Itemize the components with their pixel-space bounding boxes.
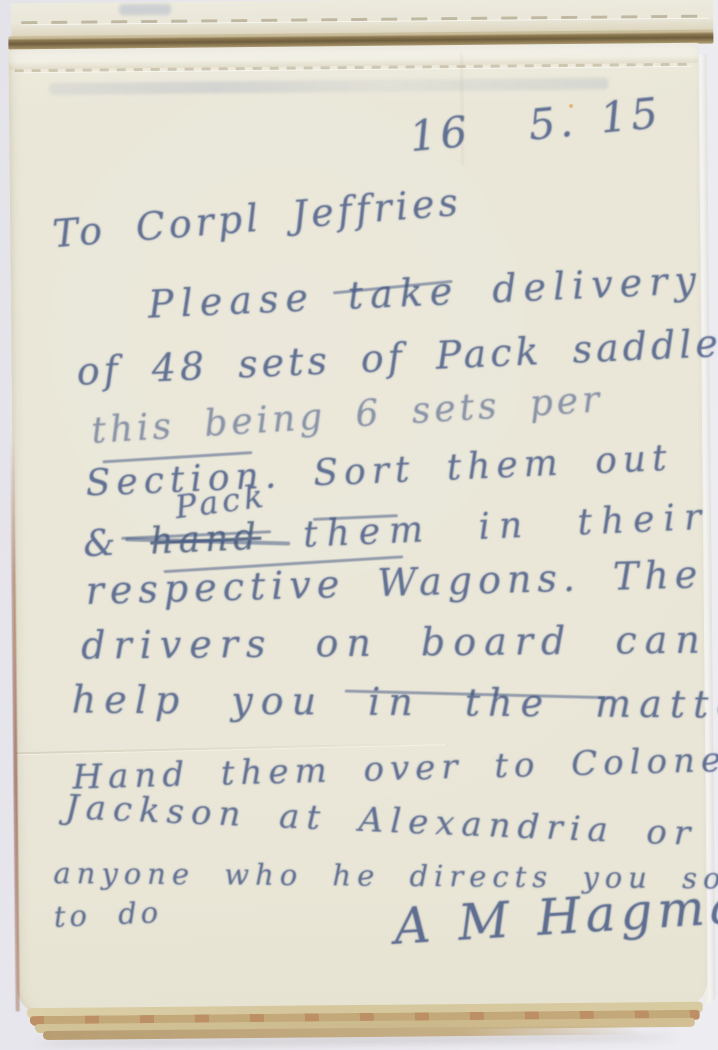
handwriting-line: To Corpl Jeffries	[51, 183, 463, 253]
handwriting-line: drivers on board can	[81, 621, 708, 665]
handwriting-line: this being 6 sets per	[90, 382, 604, 450]
handwriting-line: Please take delivery	[147, 261, 703, 324]
line-suffix: them in their	[302, 497, 711, 556]
ink-smudge	[119, 4, 171, 15]
handwriting-line: respective Wagons. The	[85, 555, 704, 610]
notebook-page: 165.15 To Corpl Jeffries Please take del…	[8, 43, 707, 1014]
ink-transfer-smudge	[49, 78, 609, 95]
ampersand: &	[82, 523, 121, 566]
date: 165.15	[408, 92, 664, 158]
handwriting-line: Jackson at Alexandria or to	[65, 790, 718, 854]
date-month: 5.	[526, 96, 579, 149]
photograph-backdrop: 165.15 To Corpl Jeffries Please take del…	[0, 0, 718, 1050]
date-day: 16	[407, 107, 473, 162]
notebook: 165.15 To Corpl Jeffries Please take del…	[0, 0, 718, 1050]
handwriting-line: help you in the matter.	[72, 681, 718, 725]
perforation-line	[21, 15, 709, 25]
date-year: 15	[598, 88, 664, 143]
handwriting-line: of 48 sets of Pack saddlery	[76, 322, 718, 391]
handwriting-line: to do	[53, 898, 163, 932]
